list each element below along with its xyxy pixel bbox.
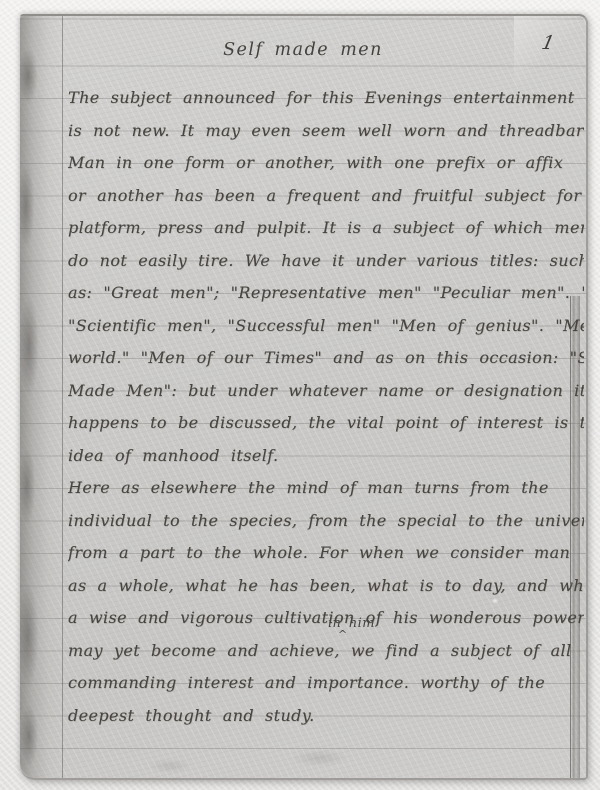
manuscript-line: idea of manhood itself. <box>68 440 584 473</box>
manuscript-page: 1 Self made men The subject announced fo… <box>20 14 588 780</box>
manuscript-line: commanding interest and importance. wort… <box>68 667 584 700</box>
manuscript-line: deepest thought and study. <box>68 700 584 733</box>
manuscript-line: may yet become and achieve, we find a su… <box>68 635 584 668</box>
manuscript-line: as a whole, what he has been, what is to… <box>68 570 584 603</box>
manuscript-line: Here as elsewhere the mind of man turns … <box>68 472 584 505</box>
manuscript-line: or another has been a frequent and fruit… <box>68 180 584 213</box>
manuscript-line: individual to the species, from the spec… <box>68 505 584 538</box>
manuscript-line: happens to be discussed, the vital point… <box>68 407 584 440</box>
insertion-caret-icon: ^ <box>338 628 348 641</box>
manuscript-line: Made Men": but under whatever name or de… <box>68 375 584 408</box>
manuscript-line: platform, press and pulpit. It is a subj… <box>68 212 584 245</box>
manuscript-line: is not new. It may even seem well worn a… <box>68 115 584 148</box>
manuscript-line: "Scientific men", "Successful men" "Men … <box>68 310 584 343</box>
manuscript-line: The subject announced for this Evenings … <box>68 82 584 115</box>
manuscript-line: world." "Men of our Times" and as on thi… <box>68 342 584 375</box>
manuscript-title: Self made men <box>20 40 586 60</box>
interlinear-insertion: in him ^ <box>328 617 375 630</box>
left-binding-edge <box>20 16 60 778</box>
insertion-text: in him <box>328 616 375 631</box>
manuscript-line: as: "Great men"; "Representative men" "P… <box>68 277 584 310</box>
manuscript-body: The subject announced for this Evenings … <box>68 82 584 742</box>
manuscript-line: from a part to the whole. For when we co… <box>68 537 584 570</box>
margin-rule-line <box>62 16 63 778</box>
manuscript-line: Man in one form or another, with one pre… <box>68 147 584 180</box>
manuscript-line: a wise and vigorous cultivation of his w… <box>68 602 584 635</box>
manuscript-line: do not easily tire. We have it under var… <box>68 245 584 278</box>
